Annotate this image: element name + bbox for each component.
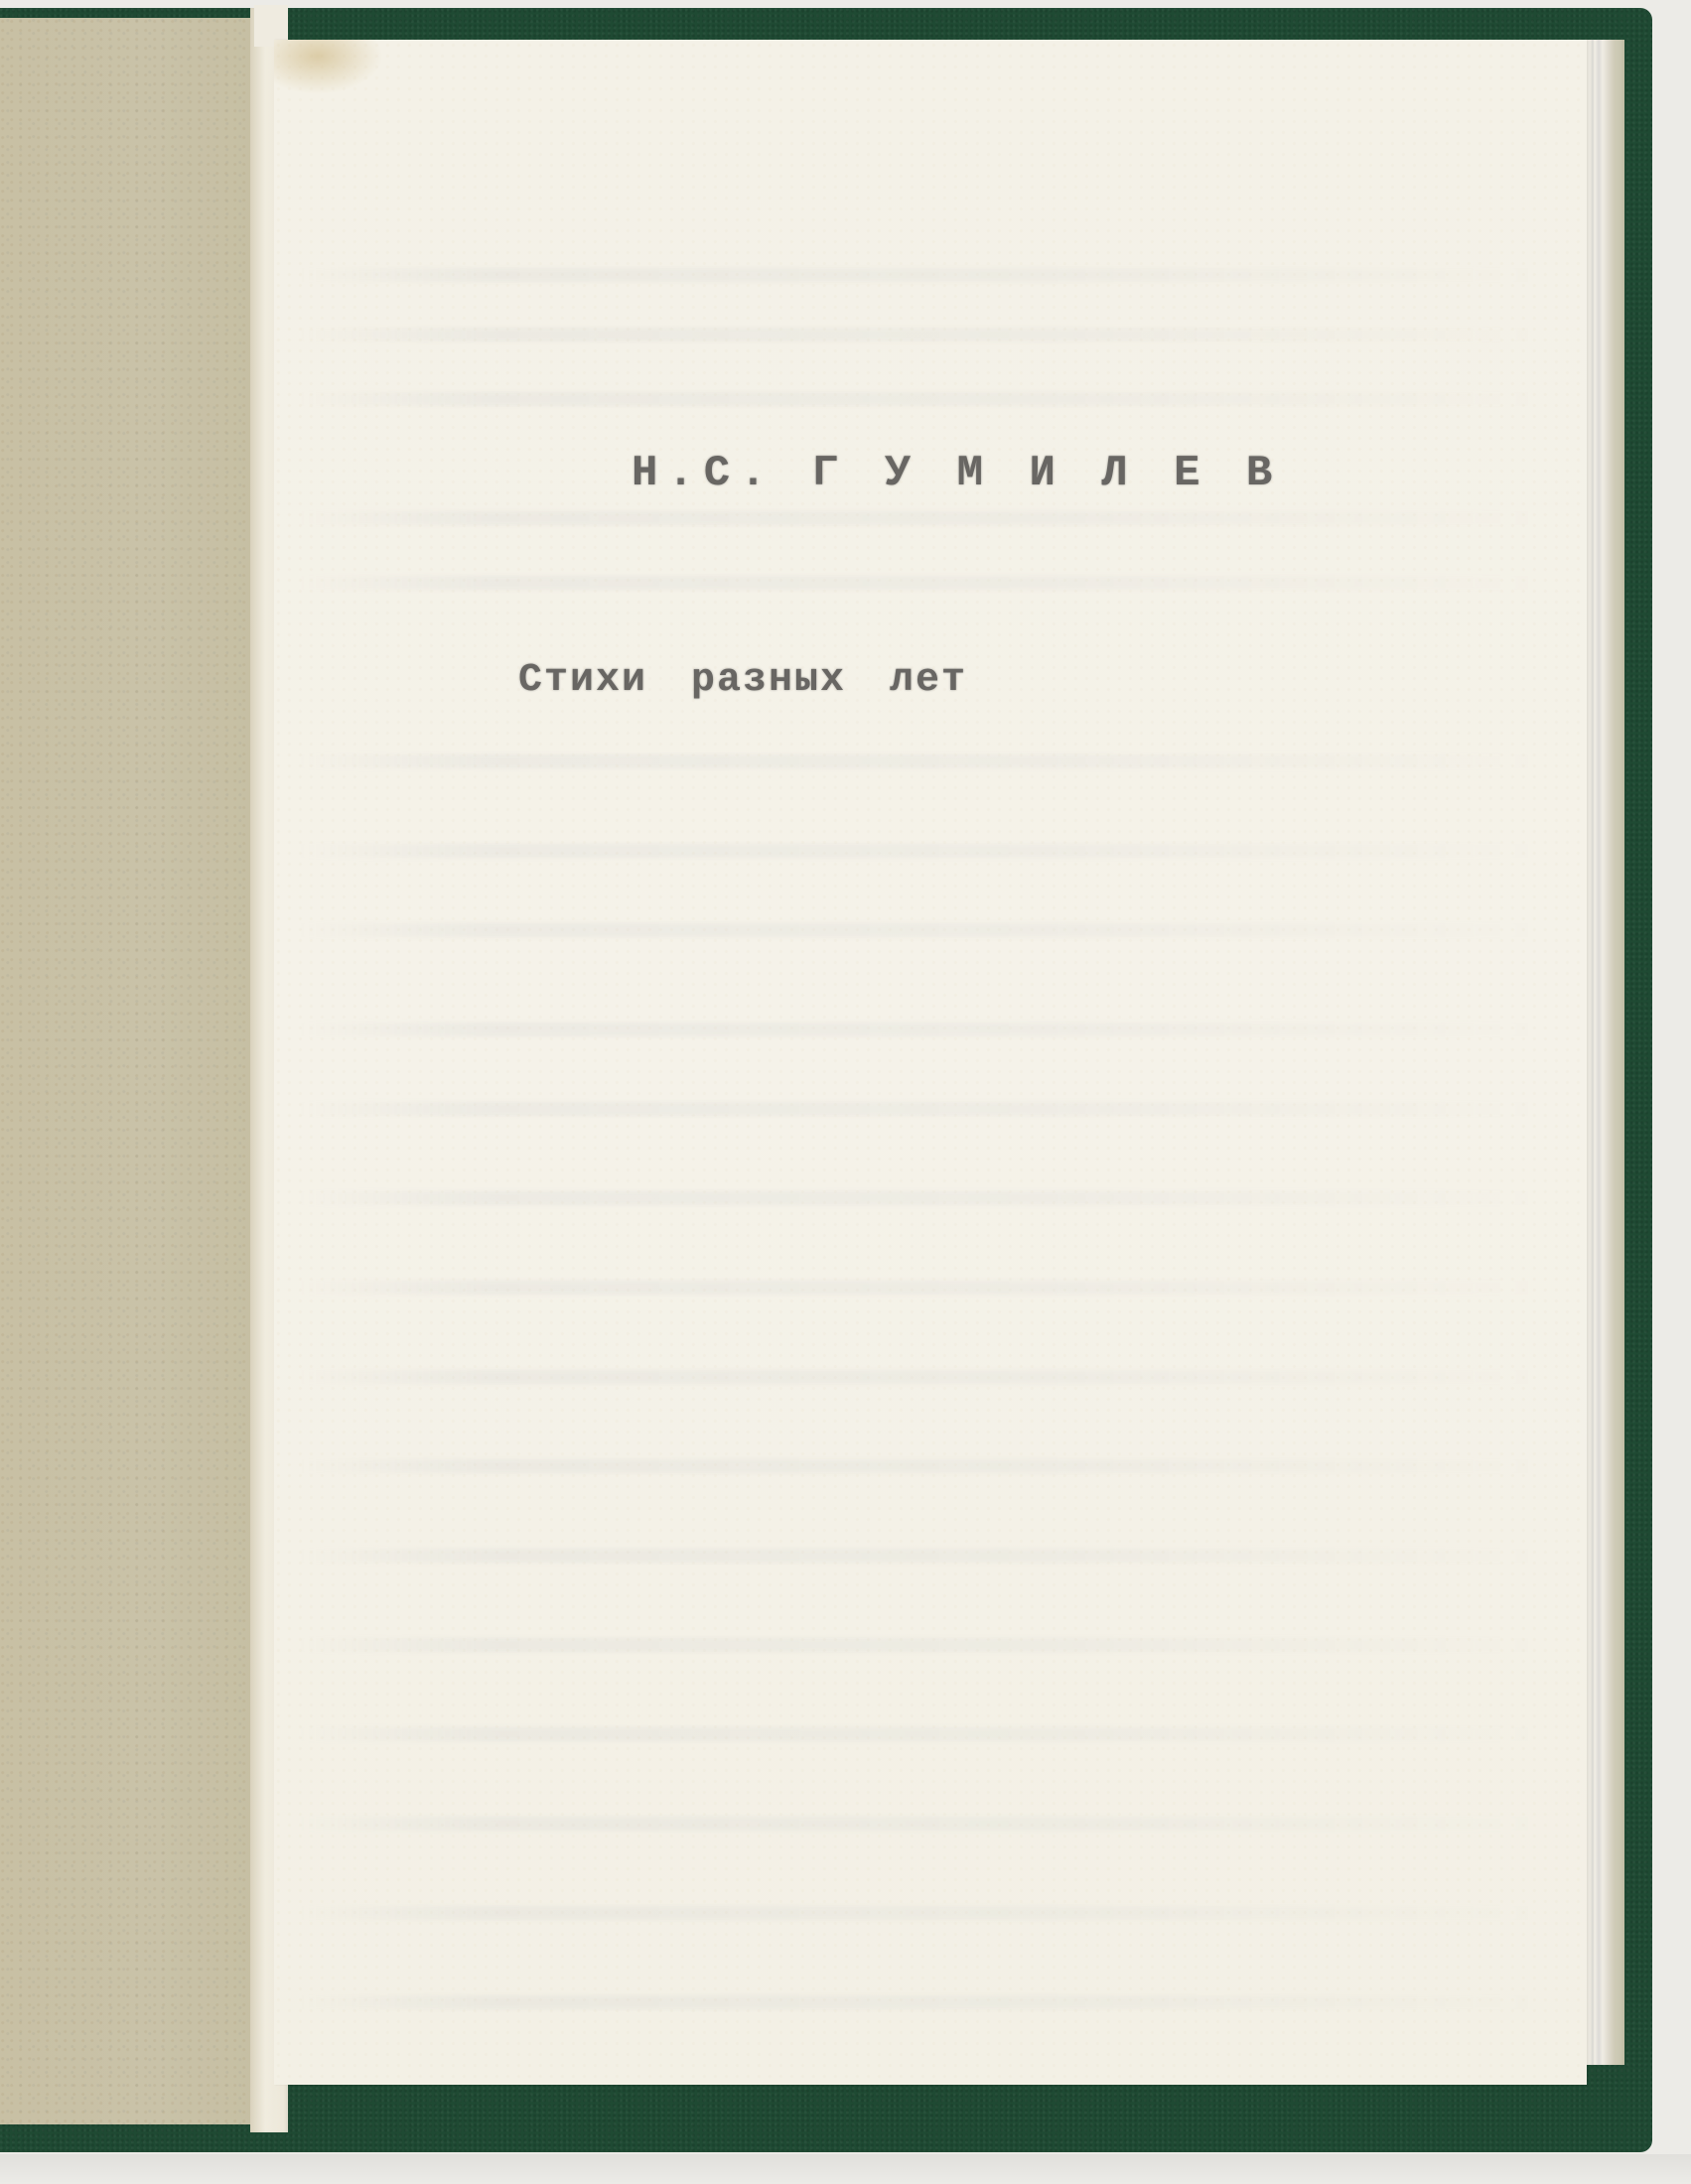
author-name: Н.С. Г У М И Л Е В [632, 449, 1282, 498]
show-through-line [298, 328, 1542, 341]
show-through-line [298, 754, 1542, 768]
show-through-line [298, 1281, 1542, 1295]
show-through-line [298, 392, 1542, 406]
bottom-shadow [0, 2154, 1691, 2184]
show-through-line [298, 268, 1542, 282]
show-through-line [298, 511, 1542, 525]
paper-stain [274, 40, 383, 94]
book-title: Стихи разных лет [518, 658, 967, 703]
show-through-line [298, 1370, 1542, 1384]
show-through-line [298, 1191, 1542, 1205]
show-through-line [298, 1102, 1542, 1116]
title-page [274, 40, 1587, 2085]
show-through-line [298, 1638, 1542, 1652]
show-through-line [298, 1995, 1542, 2009]
show-through-line [298, 1023, 1542, 1036]
show-through-line [298, 1727, 1542, 1741]
show-through-line [298, 1549, 1542, 1563]
show-through-line [298, 923, 1542, 937]
page-stack-edges [1585, 40, 1624, 2065]
show-through-line [298, 1459, 1542, 1473]
show-through-line [298, 844, 1542, 858]
show-through-line [298, 1817, 1542, 1831]
show-through-line [298, 576, 1542, 590]
left-endpaper [0, 18, 256, 2124]
show-through-line [298, 1906, 1542, 1920]
